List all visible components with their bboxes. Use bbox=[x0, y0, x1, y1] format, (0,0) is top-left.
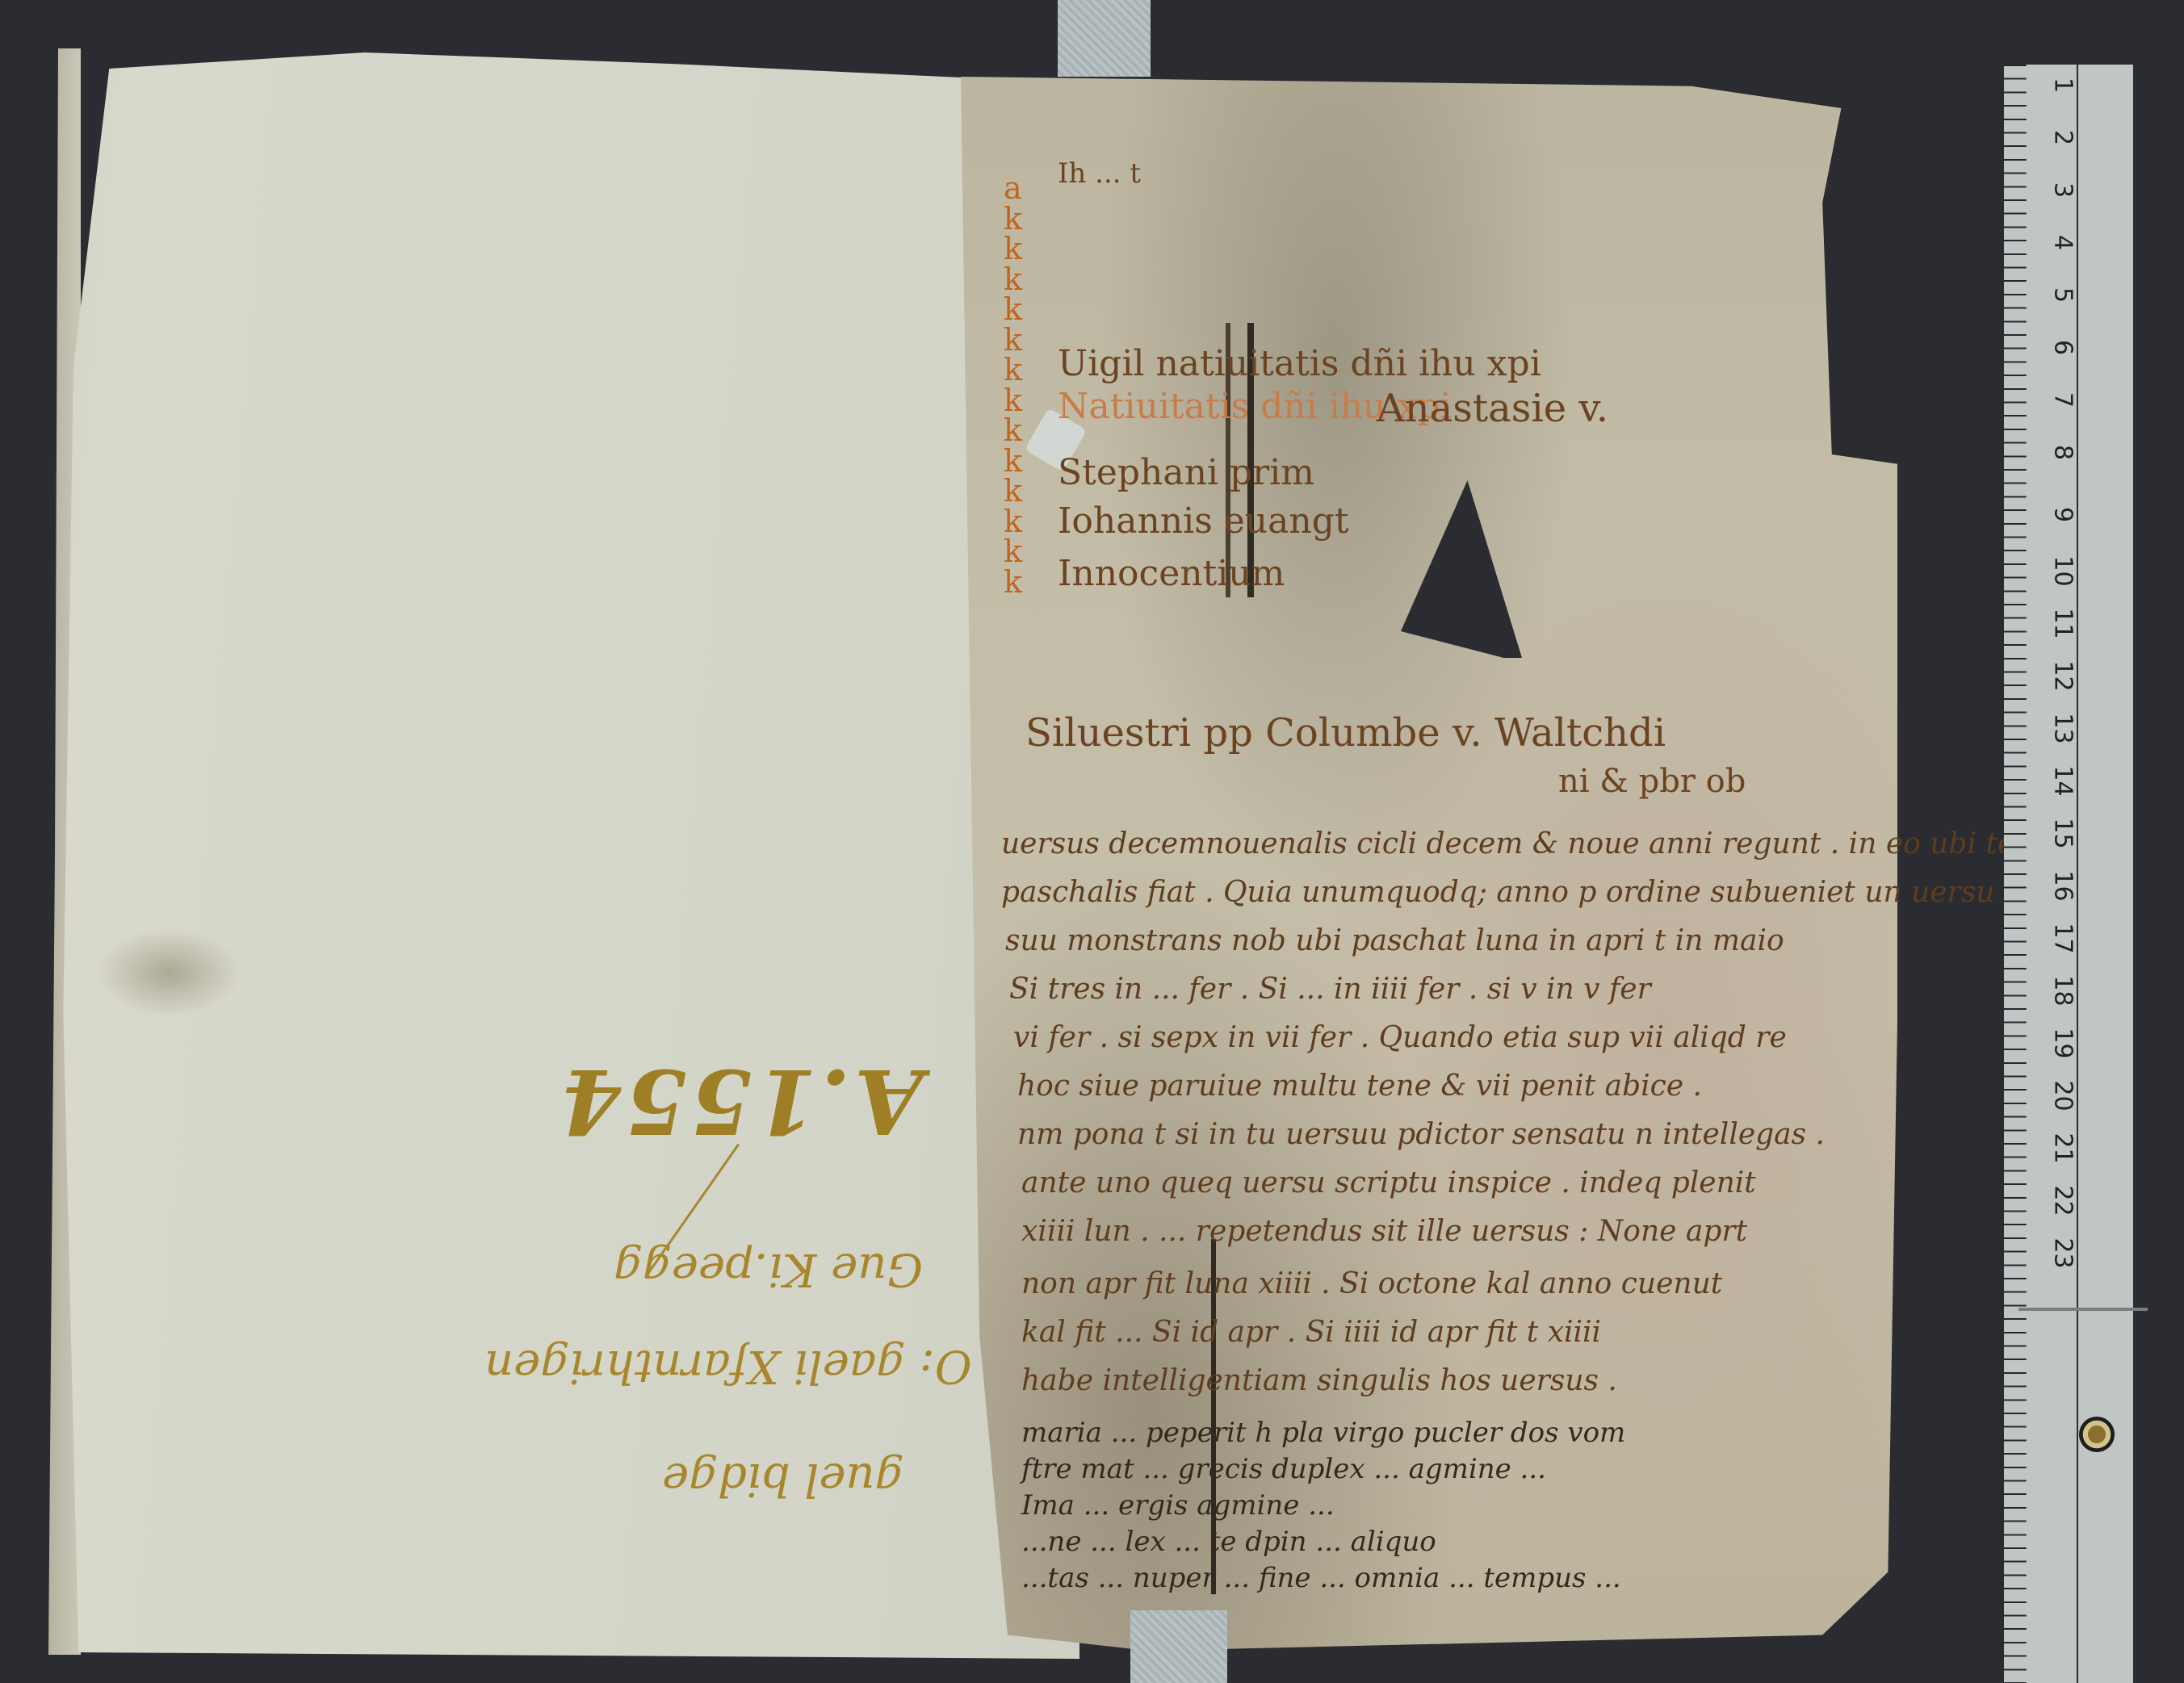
calendar-letter-column: a k k k k k k k k k k k k k bbox=[1004, 174, 1028, 597]
ruler-number: 2 bbox=[2049, 122, 2077, 154]
parchment-fragment bbox=[961, 77, 1897, 1651]
ruler-number: 5 bbox=[2049, 279, 2077, 312]
calendar-letter: a bbox=[1004, 174, 1028, 204]
ruler-number: 23 bbox=[2049, 1237, 2077, 1270]
calendar-entry: Stephani prim bbox=[1058, 452, 1314, 493]
text-line: habe intelligentiam singulis hos uersus … bbox=[1021, 1364, 1617, 1397]
calendar-letter: k bbox=[1004, 265, 1028, 295]
calendar-letter: k bbox=[1004, 295, 1028, 325]
text-line: paschalis fiat . Quia unumquodq; anno p … bbox=[1001, 876, 1995, 909]
calendar-letter: k bbox=[1004, 537, 1028, 567]
calendar-letter: k bbox=[1004, 507, 1028, 538]
ruler-number: 12 bbox=[2049, 660, 2077, 693]
calendar-letter: k bbox=[1004, 416, 1028, 446]
later-hand-line: ...ne ... lex ... te dpin ... aliquo bbox=[1021, 1526, 1436, 1558]
text-line: Si tres in ... fer . Si ... in iiii fer … bbox=[1009, 973, 1651, 1006]
flyleaf-note-3: guel bidge bbox=[662, 1453, 903, 1505]
ruler-number: 20 bbox=[2049, 1080, 2077, 1112]
text-line: vi fer . si sepx in vii fer . Quando eti… bbox=[1013, 1021, 1787, 1054]
calendar-letter: k bbox=[1004, 476, 1028, 507]
ribbon-top bbox=[1058, 0, 1151, 77]
calendar-entry: Iohannis euangt bbox=[1058, 500, 1349, 542]
calendar-letter: k bbox=[1004, 446, 1028, 477]
text-line: kal fit ... Si id apr . Si iiii id apr f… bbox=[1021, 1316, 1601, 1349]
ruler-ticks bbox=[2004, 65, 2044, 1683]
shelfmark: A.1554 bbox=[557, 1049, 924, 1153]
ruler-number: 4 bbox=[2049, 227, 2077, 259]
calendar-entry-saint: Anastasie v. bbox=[1377, 386, 1608, 431]
text-line: ante uno queq uersu scriptu inspice . in… bbox=[1021, 1166, 1756, 1199]
ruler-number: 1 bbox=[2049, 69, 2077, 102]
ruler-number: 17 bbox=[2049, 923, 2077, 955]
text-line: uersus decemnouenalis cicli decem & noue… bbox=[1001, 827, 2028, 860]
ruler-number: 15 bbox=[2049, 818, 2077, 850]
flyleaf-note-2: O: gaeli Xfarnthrigen bbox=[484, 1340, 972, 1392]
ruler-number: 19 bbox=[2049, 1028, 2077, 1060]
calendar-letter: k bbox=[1004, 386, 1028, 417]
ruler-number: 10 bbox=[2049, 555, 2077, 588]
later-hand-line: Ima ... ergis agmine ... bbox=[1021, 1489, 1335, 1522]
foxing-stain bbox=[97, 928, 242, 1017]
ruler-number: 22 bbox=[2049, 1185, 2077, 1217]
calendar-entry: Uigil natiuitatis dñi ihu xpi bbox=[1058, 343, 1541, 384]
ribbon-bottom bbox=[1130, 1610, 1227, 1683]
later-hand-line: ftre mat ... grecis duplex ... agmine ..… bbox=[1021, 1453, 1546, 1485]
ruler-number: 6 bbox=[2049, 332, 2077, 364]
calendar-letter: k bbox=[1004, 234, 1028, 265]
later-hand-line: ...tas ... nuper ... fine ... omnia ... … bbox=[1021, 1562, 1621, 1594]
calendar-entry: ni & pbr ob bbox=[1558, 763, 1746, 800]
text-line: nm pona t si in tu uersuu pdictor sensat… bbox=[1017, 1118, 1825, 1151]
ruler-number: 14 bbox=[2049, 765, 2077, 798]
later-hand-line: maria ... peperit h pla virgo pucler dos… bbox=[1021, 1417, 1625, 1449]
paper-flyleaf bbox=[58, 44, 1079, 1659]
calendar-letter: k bbox=[1004, 325, 1028, 356]
ruler-number: 3 bbox=[2049, 174, 2077, 207]
ruler-number: 11 bbox=[2049, 608, 2077, 640]
text-line: xiiii lun . ... repetendus sit ille uers… bbox=[1021, 1215, 1747, 1248]
text-line: non apr fit luna xiiii . Si octone kal a… bbox=[1021, 1267, 1722, 1300]
ruler-number: 8 bbox=[2049, 437, 2077, 469]
calendar-letter: k bbox=[1004, 567, 1028, 598]
calendar-letter: k bbox=[1004, 204, 1028, 235]
calendar-entry: Siluestri pp Columbe v. Waltchdi bbox=[1025, 710, 1666, 756]
ruler-rivet bbox=[2079, 1417, 2115, 1452]
ruler-number: 13 bbox=[2049, 713, 2077, 745]
text-line: suu monstrans nob ubi paschat luna in ap… bbox=[1005, 924, 1784, 957]
flyleaf-note-1: Gue Ki.peegg bbox=[614, 1243, 923, 1296]
calendar-header: Ih ... t bbox=[1058, 157, 1141, 190]
ruler-fold-joint bbox=[2018, 1308, 2148, 1311]
calendar-letter: k bbox=[1004, 355, 1028, 386]
ruler-number: 21 bbox=[2049, 1132, 2077, 1165]
ruler-number: 9 bbox=[2049, 499, 2077, 531]
calendar-entry: Innocentium bbox=[1058, 553, 1285, 594]
ruler-number: 18 bbox=[2049, 975, 2077, 1007]
ruler-number: 7 bbox=[2049, 384, 2077, 417]
text-line: hoc siue paruiue multu tene & vii penit … bbox=[1017, 1070, 1702, 1103]
ruler-number: 16 bbox=[2049, 870, 2077, 902]
